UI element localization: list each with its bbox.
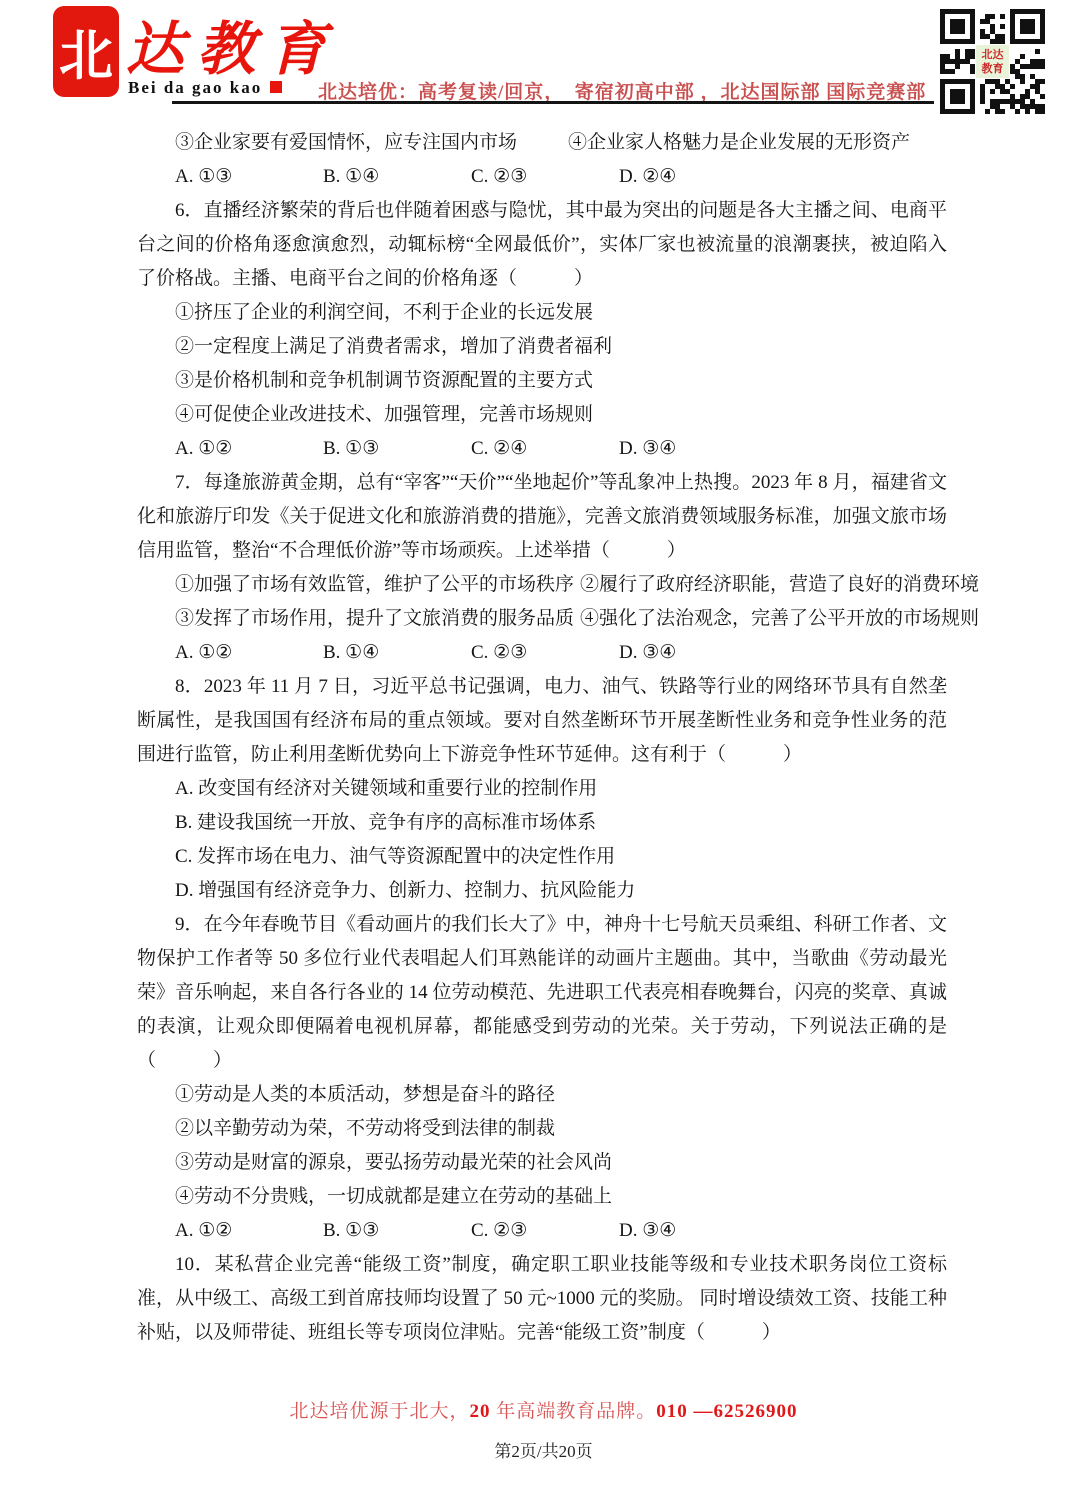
q7-option-4: ④强化了法治观念，完善了公平开放的市场规则 (580, 608, 979, 629)
q6-answer-choices-row: A. ①②B. ①③C. ②④D. ③④ (137, 432, 947, 466)
q7-option-2: ②履行了政府经济职能，营造了良好的消费环境 (580, 574, 979, 595)
q7-choice-b: B. ①④ (323, 636, 471, 670)
q6-choice-a: A. ①② (175, 432, 323, 466)
q7-choice-d: D. ③④ (619, 636, 676, 670)
q9-stem: 9．在今年春晚节目《看动画片的我们长大了》中，神舟十七号航天员乘组、科研工作者、… (137, 908, 947, 1078)
brand-seal-char: 北 (59, 13, 113, 90)
q7-option-1: ①加强了市场有效监管，维护了公平的市场秩序 (175, 568, 574, 602)
q9-option-4: ④劳动不分贵贱，一切成就都是建立在劳动的基础上 (137, 1180, 947, 1214)
q8-option-c: C. 发挥市场在电力、油气等资源配置中的决定性作用 (137, 840, 947, 874)
footer-promo-part3: 年高端教育品牌。 (496, 1401, 656, 1422)
qr-code-image: 北达 教育 (940, 9, 1045, 114)
q6-option-1: ①挤压了企业的利润空间，不利于企业的长远发展 (137, 296, 947, 330)
q5-choice-d: D. ②④ (619, 160, 676, 194)
page-number: 第2页/共20页 (0, 1437, 1087, 1462)
q5-choice-b: B. ①④ (323, 160, 471, 194)
q7-option-row-1: ①加强了市场有效监管，维护了公平的市场秩序②履行了政府经济职能，营造了良好的消费… (137, 568, 947, 602)
q7-option-row-2: ③发挥了市场作用，提升了文旅消费的服务品质④强化了法治观念，完善了公平开放的市场… (137, 602, 947, 636)
exam-page: 北 达教育 Bei da gao kao 北达培优：高考复读/回京， 寄宿初高中… (0, 0, 1087, 1512)
q7-choice-a: A. ①② (175, 636, 323, 670)
q9-option-2: ②以辛勤劳动为荣，不劳动将受到法律的制裁 (137, 1112, 947, 1146)
q5-answer-choices-row: A. ①③B. ①④C. ②③D. ②④ (137, 160, 947, 194)
footer-phone: 010 —62526900 (656, 1401, 797, 1422)
q6-choice-c: C. ②④ (471, 432, 619, 466)
brand-subtitle: Bei da gao kao (128, 78, 282, 98)
q5-choice-a: A. ①③ (175, 160, 323, 194)
q9-choice-c: C. ②③ (471, 1214, 619, 1248)
q9-choice-b: B. ①③ (323, 1214, 471, 1248)
q9-answer-choices-row: A. ①②B. ①③C. ②③D. ③④ (137, 1214, 947, 1248)
question-area: ③企业家要有爱国情怀，应专注国内市场④企业家人格魅力是企业发展的无形资产 A. … (137, 126, 947, 1350)
qr-code: 北达 教育 (940, 9, 1045, 114)
brand-subtitle-text: Bei da gao kao (128, 78, 262, 97)
q8-stem: 8．2023 年 11 月 7 日，习近平总书记强调，电力、油气、铁路等行业的网… (137, 670, 947, 772)
brand-seal: 北 (55, 8, 117, 95)
q6-option-4: ④可促使企业改进技术、加强管理，完善市场规则 (137, 398, 947, 432)
q7-stem: 7．每逢旅游黄金期，总有“宰客”“天价”“坐地起价”等乱象冲上热搜。2023 年… (137, 466, 947, 568)
q5-option-pair-row: ③企业家要有爱国情怀，应专注国内市场④企业家人格魅力是企业发展的无形资产 (137, 126, 947, 160)
q10-stem: 10．某私营企业完善“能级工资”制度，确定职工职业技能等级和专业技术职务岗位工资… (137, 1248, 947, 1350)
q6-choice-d: D. ③④ (619, 432, 676, 466)
q8-option-d: D. 增强国有经济竞争力、创新力、控制力、抗风险能力 (137, 874, 947, 908)
header-divider (172, 101, 934, 104)
qr-label-line1: 北达 (982, 47, 1004, 61)
q9-choice-a: A. ①② (175, 1214, 323, 1248)
footer-promo-part1: 北达培优源于北大， (289, 1401, 469, 1422)
q6-stem: 6．直播经济繁荣的背后也伴随着困惑与隐忧，其中最为突出的问题是各大主播之间、电商… (137, 194, 947, 296)
q9-option-3: ③劳动是财富的源泉，要弘扬劳动最光荣的社会风尚 (137, 1146, 947, 1180)
q6-choice-b: B. ①③ (323, 432, 471, 466)
q5-option-4: ④企业家人格魅力是企业发展的无形资产 (568, 132, 910, 153)
q7-choice-c: C. ②③ (471, 636, 619, 670)
header-tagline: 北达培优：高考复读/回京， 寄宿初高中部 ，北达国际部 国际竞赛部 (318, 77, 926, 104)
q6-option-2: ②一定程度上满足了消费者需求，增加了消费者福利 (137, 330, 947, 364)
q5-option-3: ③企业家要有爱国情怀，应专注国内市场 (175, 126, 568, 160)
qr-label-line2: 教育 (981, 61, 1004, 75)
q8-option-a: A. 改变国有经济对关键领域和重要行业的控制作用 (137, 772, 947, 806)
red-square-mark (270, 81, 282, 93)
brand-logo-text: 达教育 (126, 2, 339, 86)
q7-answer-choices-row: A. ①②B. ①④C. ②③D. ③④ (137, 636, 947, 670)
q7-option-3: ③发挥了市场作用，提升了文旅消费的服务品质 (175, 602, 574, 636)
footer-promo-part2: 20 (470, 1401, 497, 1422)
footer-promo-line: 北达培优源于北大，20 年高端教育品牌。010 —62526900 (0, 1396, 1087, 1423)
q9-option-1: ①劳动是人类的本质活动，梦想是奋斗的路径 (137, 1078, 947, 1112)
q9-choice-d: D. ③④ (619, 1214, 676, 1248)
q8-option-b: B. 建设我国统一开放、竞争有序的高标准市场体系 (137, 806, 947, 840)
q6-option-3: ③是价格机制和竞争机制调节资源配置的主要方式 (137, 364, 947, 398)
q5-choice-c: C. ②③ (471, 160, 619, 194)
